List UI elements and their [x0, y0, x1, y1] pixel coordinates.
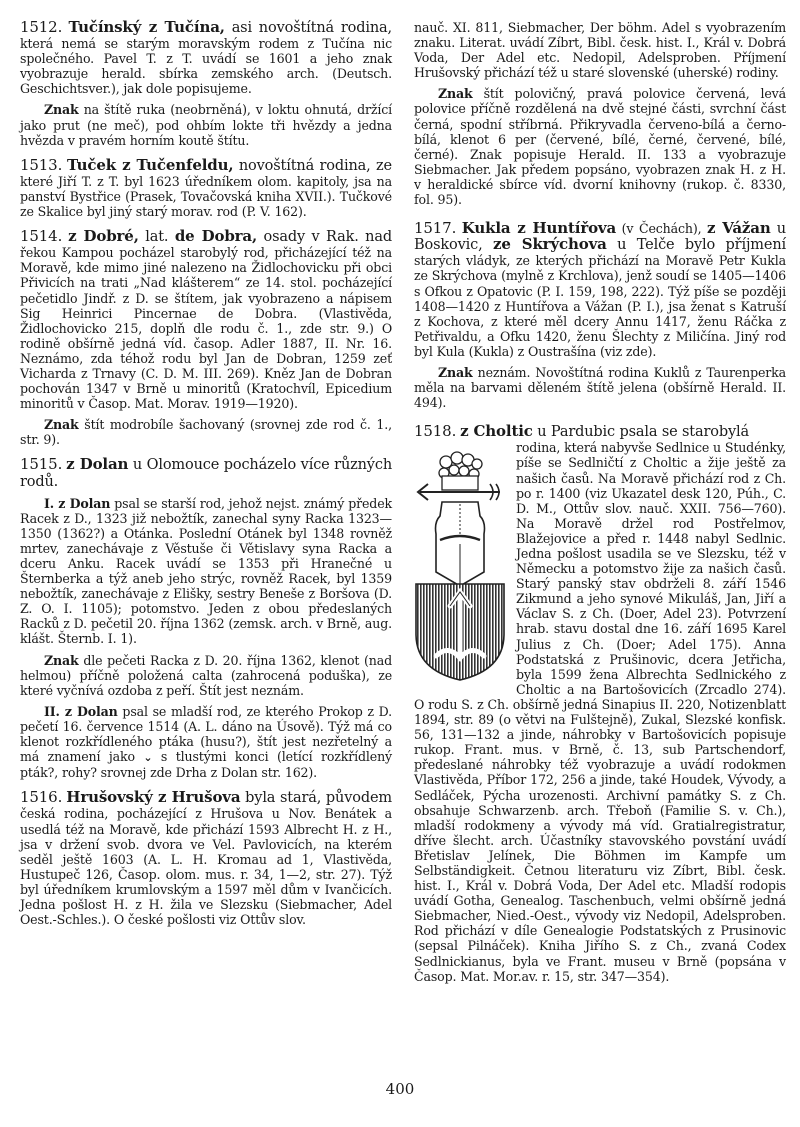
entry-lead: asi novoštítná rodina, — [225, 20, 392, 36]
branch-label-2: II. z Dolan — [44, 704, 118, 719]
entry-1516: 1516. Hrušovský z Hrušova byla stará, pů… — [20, 790, 392, 927]
entry-lead: u Pardubic psala se starobylá — [533, 424, 749, 440]
book-page: 1512. Tučínský z Tučína, asi novoštítná … — [0, 0, 800, 1127]
entry-number: 1513. — [20, 156, 62, 174]
entry-1514: 1514. z Dobré, lat. de Dobra, osady v Ra… — [20, 229, 392, 447]
entry-heading: z Dolan — [66, 455, 128, 473]
entry-heading: Tučínský z Tučína, — [68, 18, 224, 36]
entry-paren: (v Čechách), — [616, 221, 707, 236]
entry-heading: Hrušovský z Hrušova — [66, 788, 240, 806]
entry-1515: 1515. z Dolan u Olomouce pocházelo více … — [20, 457, 392, 780]
entry-body-continued: nauč. XI. 811, Siebmacher, Der böhm. Ade… — [414, 20, 786, 80]
entry-1517: 1517. Kukla z Huntířova (v Čechách), z V… — [414, 221, 786, 410]
entry-number: 1516. — [20, 788, 62, 806]
arms-label: Znak — [438, 86, 473, 101]
arms-label: Znak — [44, 102, 79, 117]
arms-text: štít polovičný, pravá polovice červená, … — [414, 86, 786, 207]
entry-heading-latin: de Dobra, — [175, 227, 257, 245]
entry-body: které Jiří T. z T. byl 1623 úředníkem ol… — [20, 174, 392, 219]
right-column: nauč. XI. 811, Siebmacher, Der böhm. Ade… — [414, 20, 786, 994]
entry-number: 1512. — [20, 18, 62, 36]
left-column: 1512. Tučínský z Tučína, asi novoštítná … — [20, 20, 392, 937]
entry-latin-prefix: lat. — [139, 229, 175, 245]
arms-label: Znak — [438, 365, 473, 380]
entry-body: česká rodina, pocházející z Hrušova u No… — [20, 806, 392, 927]
entry-number: 1517. — [414, 219, 456, 237]
entry-heading: z Dobré, — [68, 227, 139, 245]
entry-1518: 1518. z Choltic u Pardubic psala se star… — [414, 424, 786, 983]
entry-heading: Tuček z Tučenfeldu, — [67, 156, 233, 174]
entry-heading: z Choltic — [460, 422, 533, 440]
entry-lead: osady v Rak. nad — [257, 229, 392, 245]
branch-label-1: I. z Dolan — [44, 496, 110, 511]
entry-1516-continued: nauč. XI. 811, Siebmacher, Der böhm. Ade… — [414, 20, 786, 207]
entry-lead: u Telče bylo příjmení — [607, 237, 786, 253]
entry-heading-2: z Vážan — [707, 219, 771, 237]
entry-number: 1515. — [20, 455, 62, 473]
entry-body: řekou Kampou pocházel starobylý rod, při… — [20, 245, 392, 411]
arms-label: Znak — [44, 417, 79, 432]
entry-heading-3: ze Skrýchova — [493, 235, 607, 253]
entry-number: 1514. — [20, 227, 62, 245]
entry-1513: 1513. Tuček z Tučenfeldu, novoštítná rod… — [20, 158, 392, 219]
entry-body: starých vládyk, ze kterých přichází na M… — [414, 253, 786, 359]
entry-1512: 1512. Tučínský z Tučína, asi novoštítná … — [20, 20, 392, 148]
branch-text-1: psal se starší rod, jehož nejst. známý p… — [20, 496, 392, 647]
entry-body: která nemá se starým moravským rodem z T… — [20, 36, 392, 96]
page-number: 400 — [0, 1080, 800, 1098]
entry-number: 1518. — [414, 422, 456, 440]
entry-lead: byla stará, původem — [240, 790, 392, 806]
arms-label: Znak — [44, 653, 79, 668]
entry-lead: novoštítná rodina, ze — [233, 158, 392, 174]
coat-of-arms-icon — [414, 444, 506, 682]
